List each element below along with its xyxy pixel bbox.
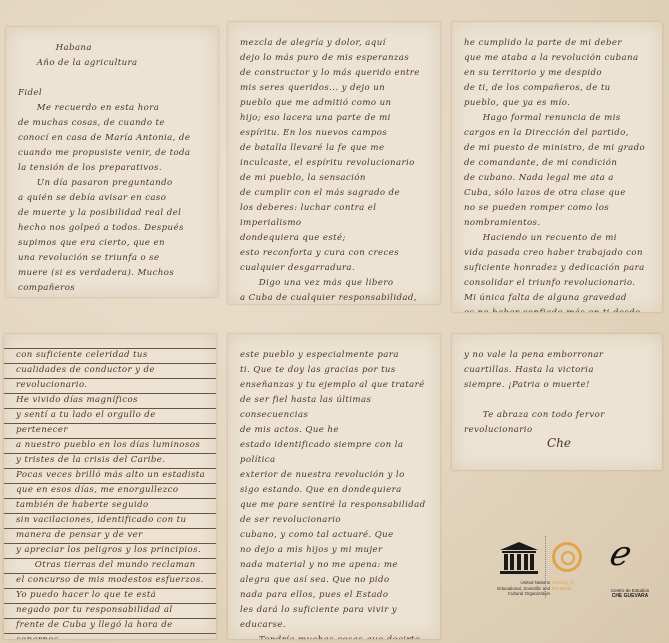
letter-page-3: he cumplido la parte de mi deber que me … (452, 22, 662, 312)
letter-page-6: y no vale la pena emborronar cuartillas.… (452, 334, 662, 470)
signature: Che (547, 436, 571, 450)
letter-page-5: este pueblo y especialmente para ti. Que… (228, 334, 440, 639)
che-signature-logo-icon: ℯ (608, 534, 628, 574)
letter-page-4: con suficiente celeridad tus cualidades … (4, 334, 216, 639)
letter-page-1: Habana Año de la agricultura Fidel Me re… (6, 27, 218, 297)
memory-of-the-world-icon (552, 542, 582, 572)
handwritten-text: con suficiente celeridad tus cualidades … (16, 348, 206, 629)
handwritten-text: he cumplido la parte de mi deber que me … (464, 36, 652, 302)
logo-divider (545, 536, 546, 598)
unesco-temple-icon (498, 540, 540, 576)
letter-page-2: mezcla de alegría y dolor, aquí dejo lo … (228, 22, 440, 304)
handwritten-text: Habana Año de la agricultura Fidel Me re… (18, 41, 208, 287)
logo-bar: United Nations Educational, Scientific a… (490, 530, 669, 620)
handwritten-text: este pueblo y especialmente para ti. Que… (240, 348, 430, 629)
centro-line2: CHE GUEVARA (608, 594, 652, 600)
unesco-label: United Nations Educational, Scientific a… (490, 580, 550, 597)
handwritten-text: mezcla de alegría y dolor, aquí dejo lo … (240, 36, 430, 294)
centro-estudios-label: Centro de Estudios CHE GUEVARA (608, 588, 652, 599)
memory-of-the-world-label: Memory of the World (552, 580, 573, 591)
